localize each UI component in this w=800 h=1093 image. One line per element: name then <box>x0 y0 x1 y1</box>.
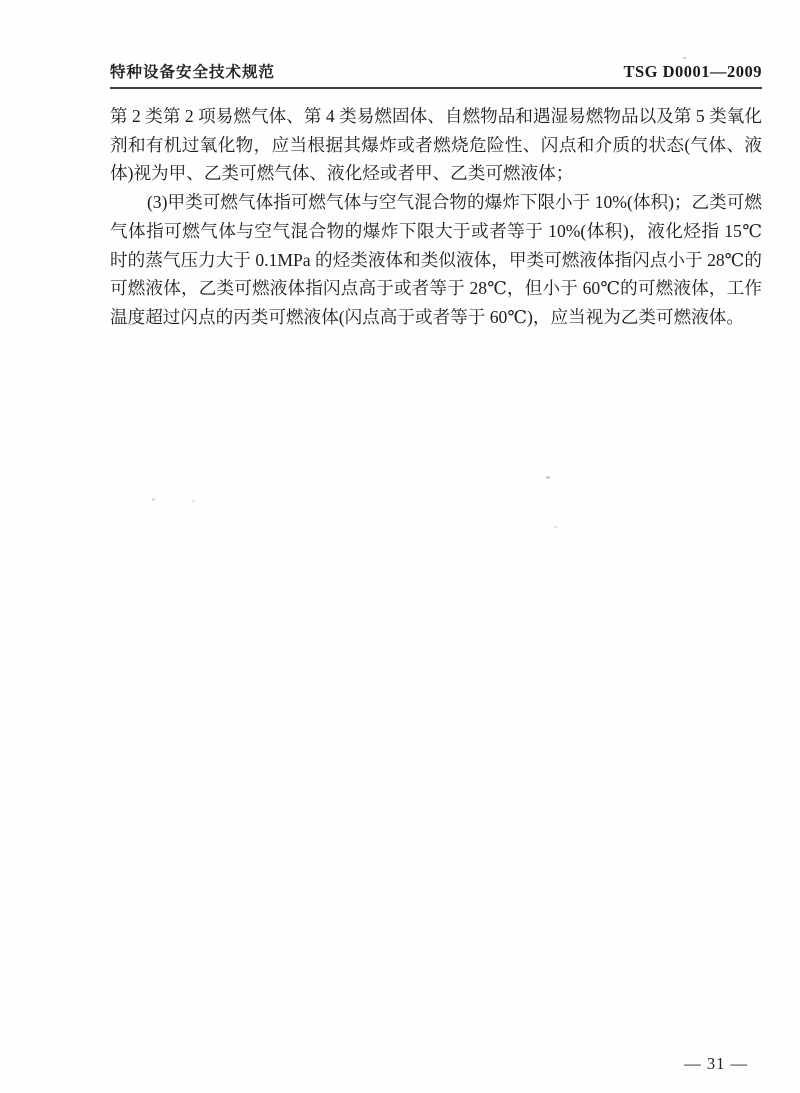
page-header: 特种设备安全技术规范 TSG D0001—2009 <box>110 60 762 89</box>
document-body: 第 2 类第 2 项易燃气体、第 4 类易燃固体、自燃物品和遇湿易燃物品以及第 … <box>110 102 762 332</box>
scan-speckle <box>546 476 550 479</box>
body-paragraph-continuation: 第 2 类第 2 项易燃气体、第 4 类易燃固体、自燃物品和遇湿易燃物品以及第 … <box>110 102 762 188</box>
page-number: — 31 — <box>684 1054 748 1074</box>
scan-speckle <box>683 57 686 59</box>
header-doc-code: TSG D0001—2009 <box>623 62 762 82</box>
scan-speckle <box>152 498 155 501</box>
scan-speckle <box>192 500 195 502</box>
scan-speckle <box>554 526 557 528</box>
header-title: 特种设备安全技术规范 <box>110 60 275 82</box>
body-paragraph-item-3: (3)甲类可燃气体指可燃气体与空气混合物的爆炸下限小于 10%(体积)；乙类可燃… <box>110 188 762 332</box>
document-page: 特种设备安全技术规范 TSG D0001—2009 第 2 类第 2 项易燃气体… <box>0 0 800 1093</box>
